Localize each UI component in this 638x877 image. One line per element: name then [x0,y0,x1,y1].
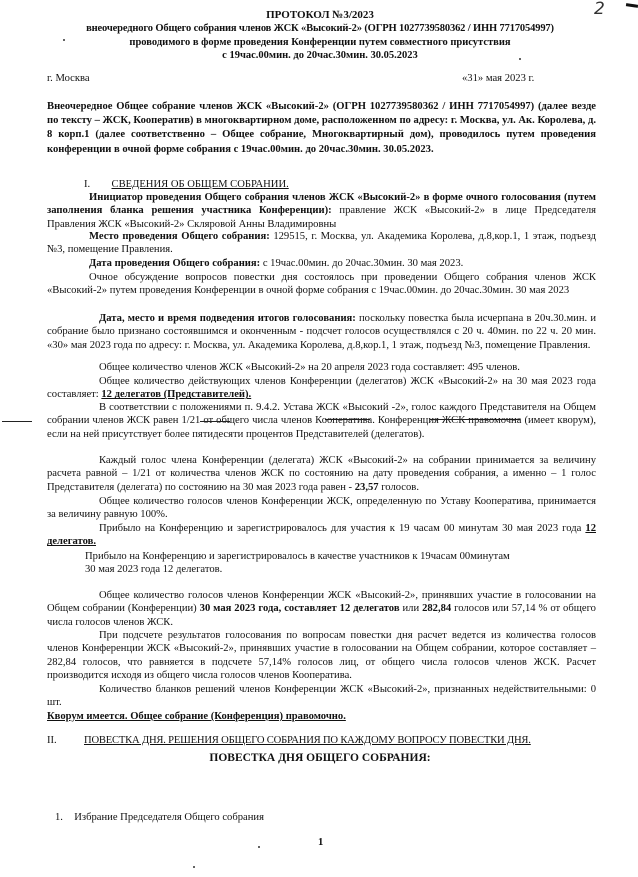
quorum-statement: Кворум имеется. Общее собрание (Конферен… [47,710,346,723]
section-2-title: ПОВЕСТКА ДНЯ. РЕШЕНИЯ ОБЩЕГО СОБРАНИЯ ПО… [84,734,531,747]
protocol-subtitle-3: с 19час.00мин. до 20час.30мин. 30.05.202… [40,49,600,62]
initiator-paragraph: Инициатор проведения Общего собрания чле… [47,191,596,231]
agenda-heading: ПОВЕСТКА ДНЯ ОБЩЕГО СОБРАНИЯ: [40,752,600,765]
scan-speck [258,846,260,848]
section-1-title: СВЕДЕНИЯ ОБ ОБЩЕМ СОБРАНИИ. [112,179,289,190]
meeting-place-paragraph: Место проведения Общего собрания: 129515… [47,230,596,257]
arrived-paragraph: Прибыло на Конференцию и зарегистрировал… [47,522,596,549]
discussion-paragraph: Очное обсуждение вопросов повестки дня с… [47,271,596,298]
scan-artifact-line [430,419,520,420]
protocol-title: ПРОТОКОЛ №3/2023 [40,9,600,22]
results-paragraph: Дата, место и время подведения итогов го… [47,312,596,352]
section-1-heading: I. СВЕДЕНИЯ ОБ ОБЩЕМ СОБРАНИИ. [84,178,289,191]
scan-speck [63,39,65,41]
date: «31» мая 2023 г. [462,72,534,85]
vote-weight-paragraph: Каждый голос члена Конференции (делегата… [47,454,596,494]
calculation-paragraph: При подсчете результатов голосования по … [47,629,596,683]
arrived2-line1: Прибыло на Конференцию и зарегистрировал… [85,550,510,563]
scan-speck [193,866,195,868]
protocol-subtitle-1: внеочередного Общего собрания членов ЖСК… [40,22,600,35]
scan-speck [519,58,521,60]
scan-artifact-line [200,421,230,422]
charter-paragraph: В соответствии с положениями п. 9.4.2. У… [47,401,596,441]
document-page: 2 ПРОТОКОЛ №3/2023 внеочередного Общего … [0,0,638,877]
section-1-number: I. [84,179,90,190]
scan-artifact-line [2,421,32,422]
intro-paragraph: Внеочередное Общее собрание членов ЖСК «… [47,100,596,157]
scan-mark [626,3,638,8]
meeting-date-paragraph: Дата проведения Общего собрания: с 19час… [47,257,596,270]
delegates-paragraph: Общее количество действующих членов Конф… [47,375,596,402]
scan-artifact-line [325,419,370,420]
members-total-paragraph: Общее количество членов ЖСК «Высокий-2» … [47,361,596,374]
section-2-number: II. [47,734,57,747]
page-number: 1 [318,836,323,849]
total-votes-paragraph: Общее количество голосов членов Конферен… [47,495,596,522]
invalid-ballots-paragraph: Количество бланков решений членов Конфер… [47,683,596,710]
place: г. Москва [47,72,90,85]
arrived2-line2: 30 мая 2023 года 12 делегатов. [85,563,222,576]
agenda-item: 1. Избрание Председателя Общего собрания [55,811,264,824]
participated-paragraph: Общее количество голосов членов Конферен… [47,589,596,629]
protocol-subtitle-2: проводимого в форме проведения Конференц… [40,36,600,49]
